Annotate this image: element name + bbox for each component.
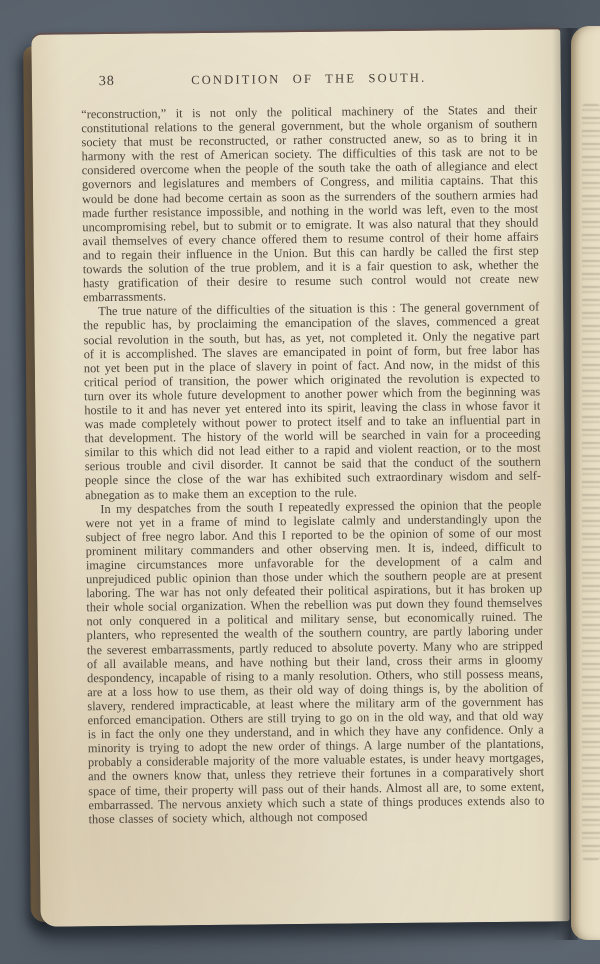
scanned-book-photo: 38 CONDITION OF THE SOUTH. “reconstructi… [0,0,600,964]
body-paragraph: In my despatches from the south I repeat… [85,497,544,826]
page-number: 38 [99,74,115,90]
running-header: CONDITION OF THE SOUTH. [81,70,537,90]
page-header: 38 CONDITION OF THE SOUTH. [81,70,537,91]
next-page-edge [571,26,600,940]
book-page: 38 CONDITION OF THE SOUTH. “reconstructi… [31,29,569,926]
body-paragraph: “reconstruction,” it is not only the pol… [81,103,539,305]
body-paragraph: The true nature of the difficulties of t… [83,300,541,502]
next-page-text-fragments [582,104,600,860]
page-body: “reconstruction,” it is not only the pol… [81,103,545,827]
